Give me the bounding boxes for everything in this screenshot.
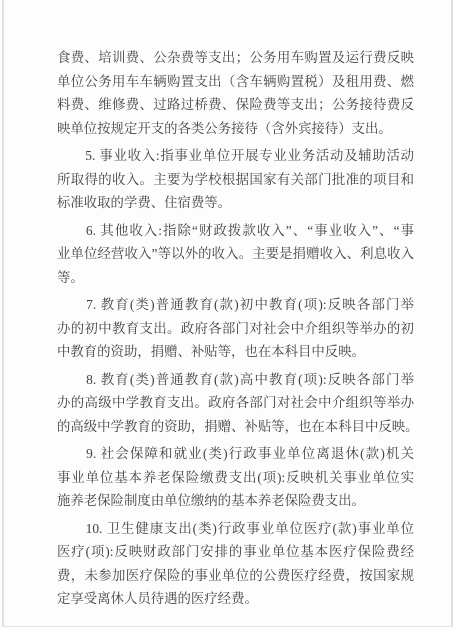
text-line: 的高级中学教育的资助，捐赠、补贴等，也在本科目中反映。 — [57, 415, 414, 439]
text-line: 业单位经营收入”等以外的收入。主要是捐赠收入、利息收入 — [57, 242, 414, 266]
text-line: 办的初中教育支出。政府各部门对社会中介组织等举办的初 — [57, 317, 414, 341]
text-line: 单位公务用车车辆购置支出（含车辆购置税）及租用费、燃 — [57, 70, 414, 94]
text-line: 9. 社会保障和就业(类)行政事业单位离退休(款)机关 — [57, 442, 414, 466]
paragraph-continuation: 食费、培训费、公杂费等支出；公务用车购置及运行费反映 单位公务用车车辆购置支出（… — [57, 46, 414, 140]
paragraph-item-10: 10. 卫生健康支出(类)行政事业单位医疗(款)事业单位 医疗(项):反映财政部… — [57, 517, 414, 611]
text-line: 医疗(项):反映财政部门安排的事业单位基本医疗保险费经 — [57, 540, 414, 564]
paragraph-item-5: 5. 事业收入:指事业单位开展专业业务活动及辅助活动 所取得的收入。主要为学校根… — [57, 144, 414, 215]
text-line: 7. 教育(类)普通教育(款)初中教育(项):反映各部门举 — [57, 293, 414, 317]
paragraph-item-9: 9. 社会保障和就业(类)行政事业单位离退休(款)机关 事业单位基本养老保险缴费… — [57, 442, 414, 513]
text-line: 10. 卫生健康支出(类)行政事业单位医疗(款)事业单位 — [57, 517, 414, 541]
text-line: 标准收取的学费、住宿费等。 — [57, 191, 414, 215]
paragraph-item-7: 7. 教育(类)普通教育(款)初中教育(项):反映各部门举 办的初中教育支出。政… — [57, 293, 414, 364]
paragraph-item-8: 8. 教育(类)普通教育(款)高中教育(项):反映各部门举 办的高级中学教育支出… — [57, 368, 414, 439]
text-line: 办的高级中学教育支出。政府各部门对社会中介组织等举办 — [57, 391, 414, 415]
paragraph-item-6: 6. 其他收入:指除“财政拨款收入”、“事业收入”、“事 业单位经营收入”等以外… — [57, 219, 414, 290]
text-line: 事业单位基本养老保险缴费支出(项):反映机关事业单位实 — [57, 466, 414, 490]
text-line: 定享受离休人员待遇的医疗经费。 — [57, 587, 414, 611]
text-line: 施养老保险制度由单位缴纳的基本养老保险费支出。 — [57, 489, 414, 513]
text-line: 食费、培训费、公杂费等支出；公务用车购置及运行费反映 — [57, 46, 414, 70]
text-line: 5. 事业收入:指事业单位开展专业业务活动及辅助活动 — [57, 144, 414, 168]
text-line: 等。 — [57, 266, 414, 290]
text-line: 所取得的收入。主要为学校根据国家有关部门批准的项目和 — [57, 168, 414, 192]
text-line: 中教育的资助，捐赠、补贴等，也在本科目中反映。 — [57, 340, 414, 364]
text-line: 料费、维修费、过路过桥费、保险费等支出；公务接待费反 — [57, 93, 414, 117]
text-line: 映单位按规定开支的各类公务接待（含外宾接待）支出。 — [57, 117, 414, 141]
text-line: 8. 教育(类)普通教育(款)高中教育(项):反映各部门举 — [57, 368, 414, 392]
text-line: 费，未参加医疗保险的事业单位的公费医疗经费，按国家规 — [57, 564, 414, 588]
document-page: 食费、培训费、公杂费等支出；公务用车购置及运行费反映 单位公务用车车辆购置支出（… — [2, 0, 453, 627]
text-line: 6. 其他收入:指除“财政拨款收入”、“事业收入”、“事 — [57, 219, 414, 243]
document-content: 食费、培训费、公杂费等支出；公务用车购置及运行费反映 单位公务用车车辆购置支出（… — [4, 0, 414, 611]
